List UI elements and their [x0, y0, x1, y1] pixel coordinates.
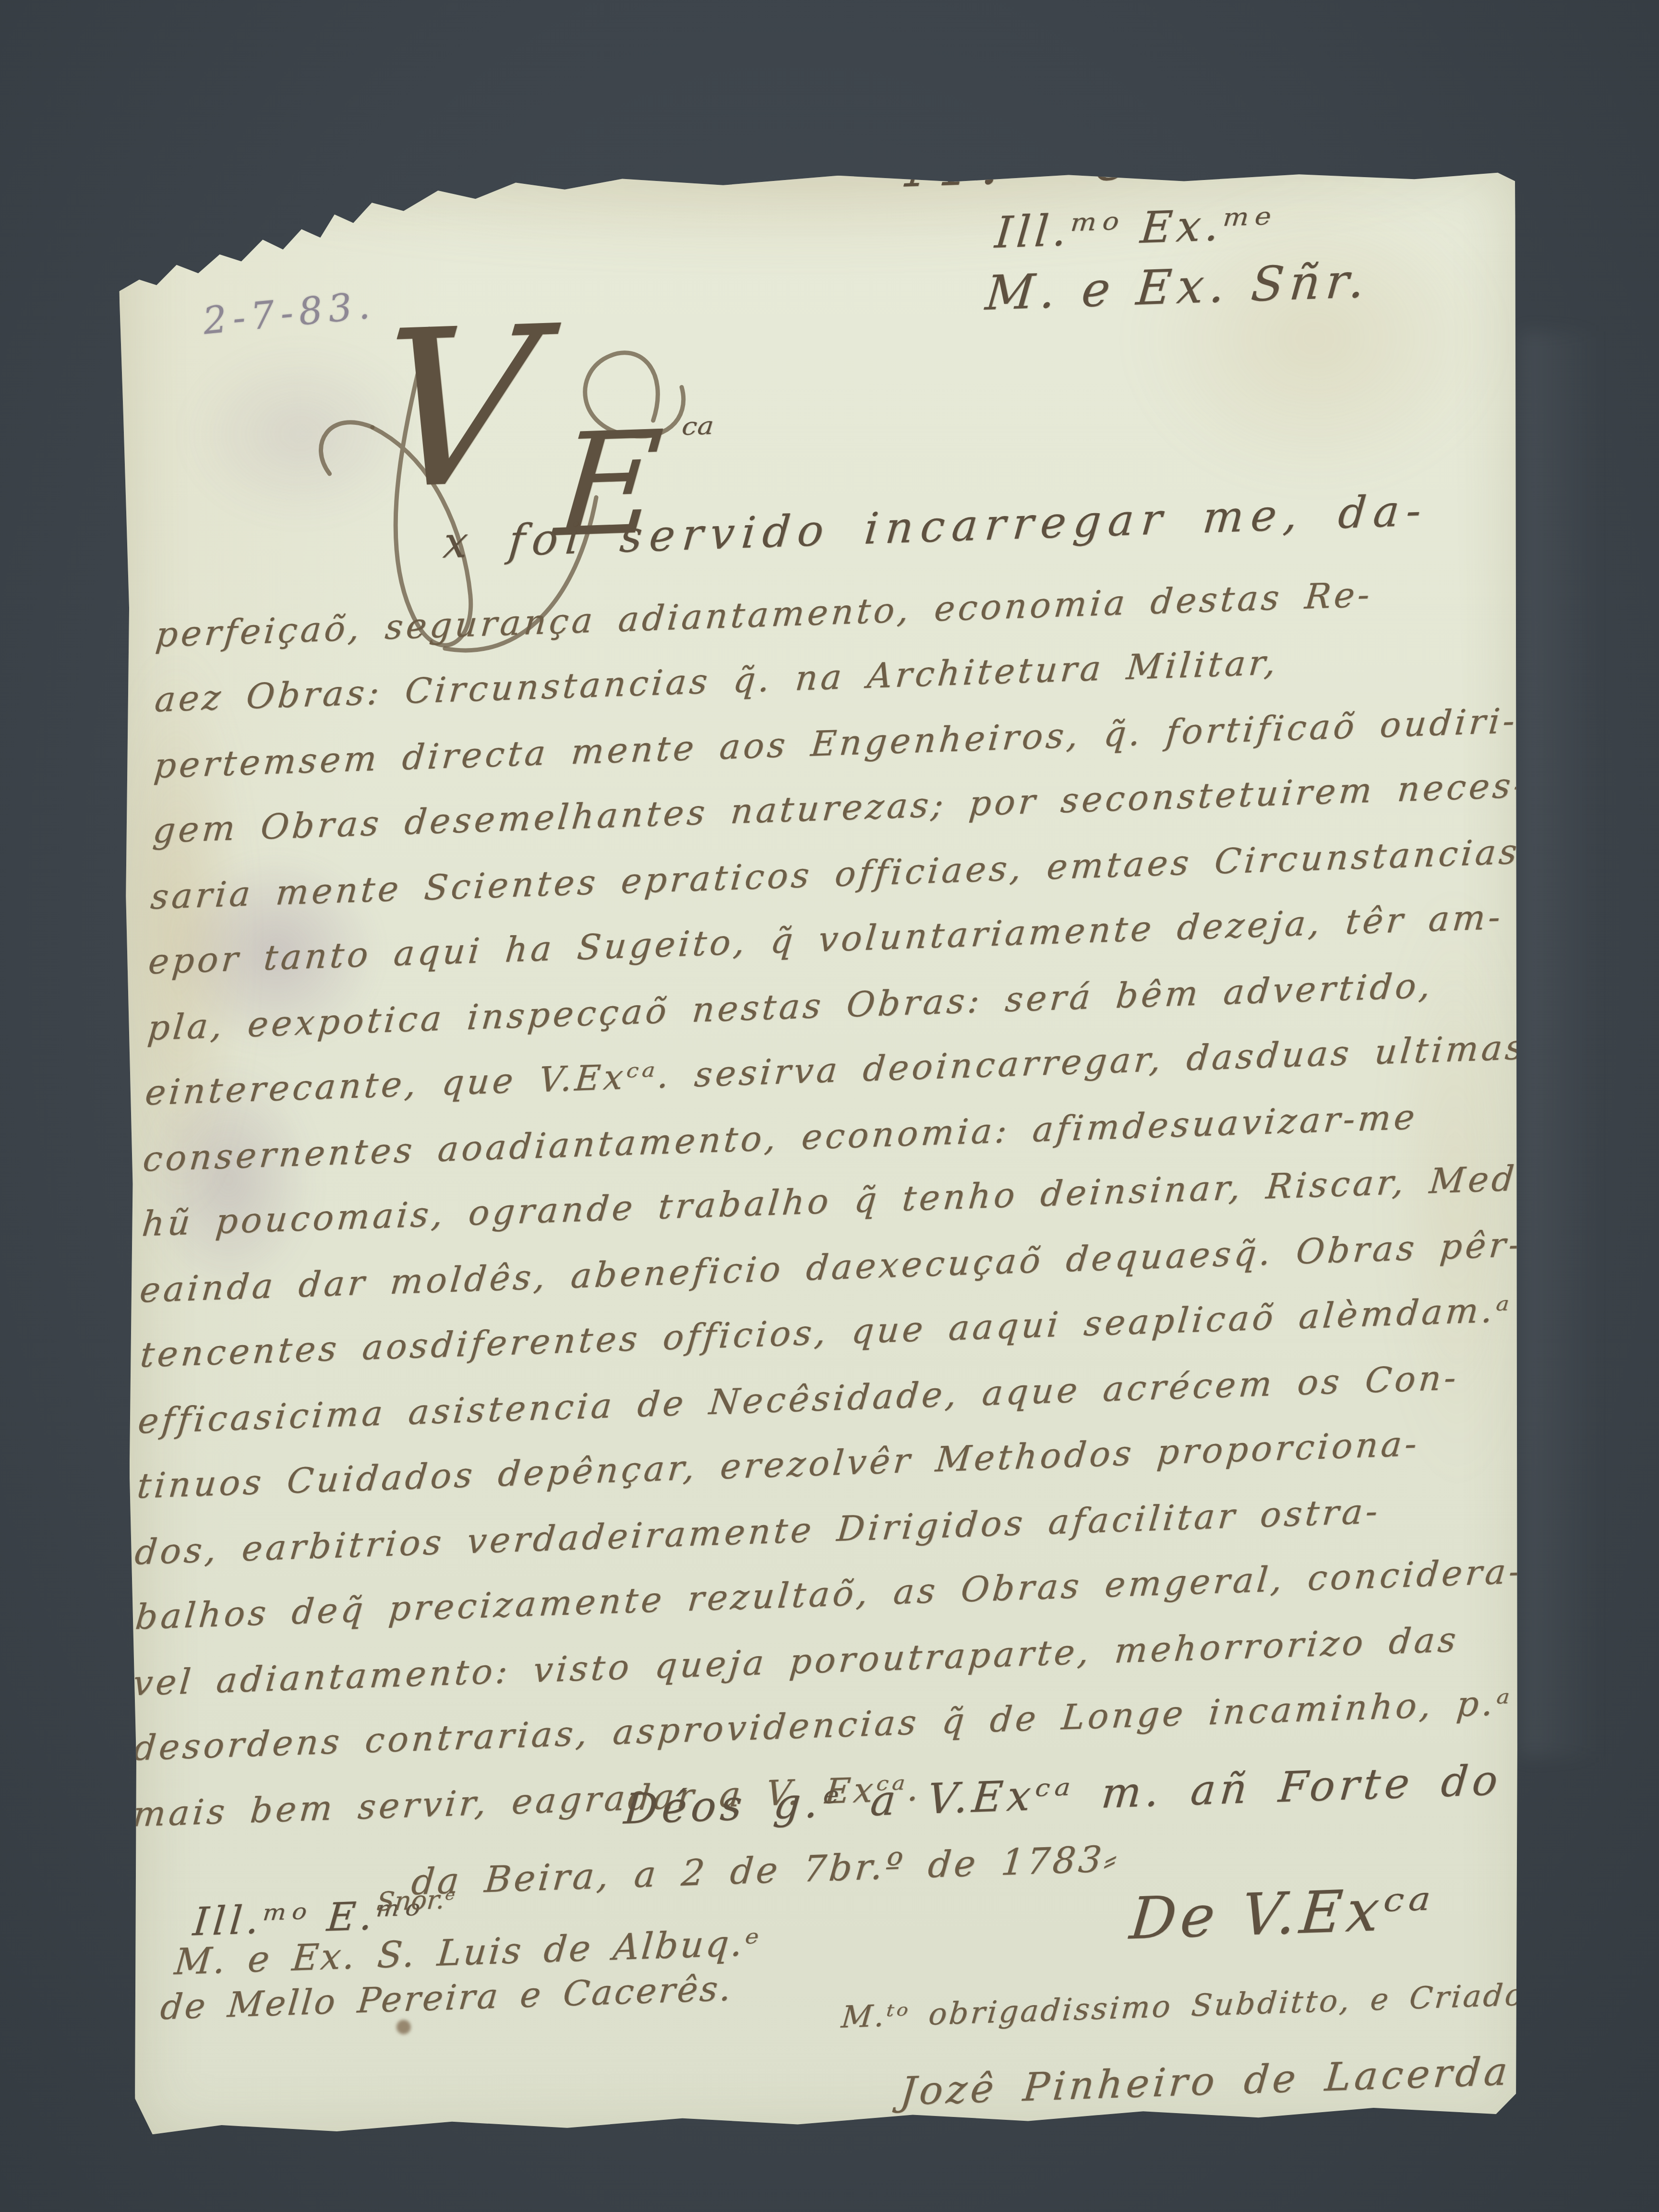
- body-line: tencentes aosdiferentes officios, que aa…: [139, 1292, 1513, 1374]
- body-line: pla, eexpotica inspecçaõ nestas Obras: s…: [146, 968, 1435, 1047]
- valediction-line: Déos g.ᵉ a V.Exᶜᵃ m. añ Forte do Pr.ᵉ: [622, 1755, 1532, 1831]
- address-honorific: Snor.ᵉ: [375, 1888, 456, 1918]
- body-line: dos, earbitrios verdadeiramente Dirigido…: [133, 1494, 1382, 1572]
- salutation-line-1: Ill.ᵐᵒ Ex.ᵐᵉ: [993, 202, 1277, 257]
- date-line: da Beira, a 2 de 7br.º de 1783⸗: [410, 1840, 1121, 1902]
- stain: [397, 2020, 411, 2034]
- backdrop-sheet-edge: [1521, 331, 1601, 1757]
- closing-formula: De V.Exᶜᵃ: [1127, 1879, 1436, 1950]
- body-line: epor tanto aqui ha Sugeito, q̃ voluntari…: [147, 900, 1505, 981]
- body-line: consernentes aoadiantamento, economia: a…: [141, 1100, 1419, 1178]
- photo-backdrop: 2-7-83. M. e Ex. S. Ill.ᵐᵒ Ex.ᵐᵉ M. e Ex…: [0, 0, 1659, 2212]
- salutation-line-2: M. e Ex. Sñr.: [984, 256, 1372, 319]
- opening-superscript: ᶜᵃ: [679, 412, 715, 458]
- stain: [118, 650, 250, 1213]
- closing-subscription: M.ᵗᵒ obrigadissimo Subditto, e Criado: [840, 1979, 1527, 2033]
- manuscript-paper: 2-7-83. M. e Ex. S. Ill.ᵐᵒ Ex.ᵐᵉ M. e Ex…: [118, 164, 1532, 2144]
- opening-initial-v: V: [369, 295, 545, 528]
- body-line: desordens contrarias, asprovidencias q̃ …: [132, 1685, 1514, 1767]
- clipped-top-line: M. e Ex. S.: [903, 164, 1529, 198]
- signature: Jozê Pinheiro de Lacerda: [898, 2053, 1512, 2114]
- body-line: tinuos Cuidados depênçar, erezolvêr Meth…: [135, 1427, 1421, 1505]
